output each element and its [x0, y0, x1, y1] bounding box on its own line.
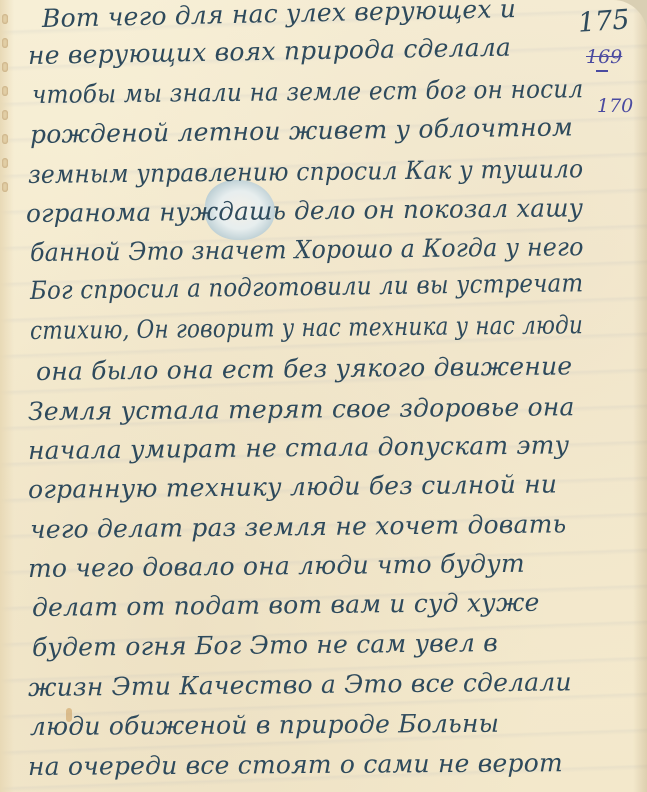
binding-hole [2, 158, 8, 168]
text-line: делат от подат вот вам и суд хуже [32, 588, 540, 622]
page-number-dash [596, 70, 608, 72]
binding-hole [2, 110, 8, 120]
page-number-pencil: 170 [597, 95, 633, 117]
text-line: стихию, Он говорит у нас техника у нас л… [30, 310, 583, 345]
text-line: огранную технику люди без силной ни [28, 469, 557, 504]
binding-hole [2, 14, 8, 24]
text-line: начала умират не стала допускат эту [28, 430, 570, 465]
text-line: люди обиженой в природе Больны [30, 709, 499, 741]
text-line: она было она ест без уякого движение [36, 351, 573, 386]
text-line: на очереди все стоят о сами не верот [28, 748, 563, 781]
text-line: Вот чего для нас улех верующех и [42, 0, 517, 33]
binding-edge [0, 0, 14, 792]
text-line: Земля устала терят свое здоровье она [28, 392, 575, 426]
binding-hole [2, 62, 8, 72]
binding-hole [2, 182, 8, 192]
text-line: не верующих воях природа сделала [28, 33, 512, 70]
text-line: банной Это значет Хорошо а Когда у него [30, 232, 584, 267]
text-line: Бог спросил а подготовили ли вы устречат [30, 268, 584, 305]
notebook-page: 175 169 170 Вот чего для нас улех верующ… [0, 0, 647, 792]
text-line: то чего довало она люди что будут [28, 549, 525, 583]
binding-hole [2, 38, 8, 48]
binding-hole [2, 86, 8, 96]
text-line: рожденой летнои живет у облочтном [30, 112, 573, 149]
page-number-struck: 169 [586, 46, 622, 68]
text-line: будет огня Бог Это не сам увел в [32, 628, 498, 662]
text-line: чего делат раз земля не хочет довать [30, 509, 567, 544]
text-line: чтобы мы знали на земле ест бог он носил [32, 74, 584, 109]
page-number: 175 [577, 4, 631, 39]
text-line: земным управлению спросил Как у тушило [28, 154, 584, 189]
text-line: жизн Эти Качество а Это все сделали [28, 667, 572, 702]
binding-hole [2, 134, 8, 144]
text-line: огранома нуждашь дело он покозал хашу [26, 193, 583, 228]
